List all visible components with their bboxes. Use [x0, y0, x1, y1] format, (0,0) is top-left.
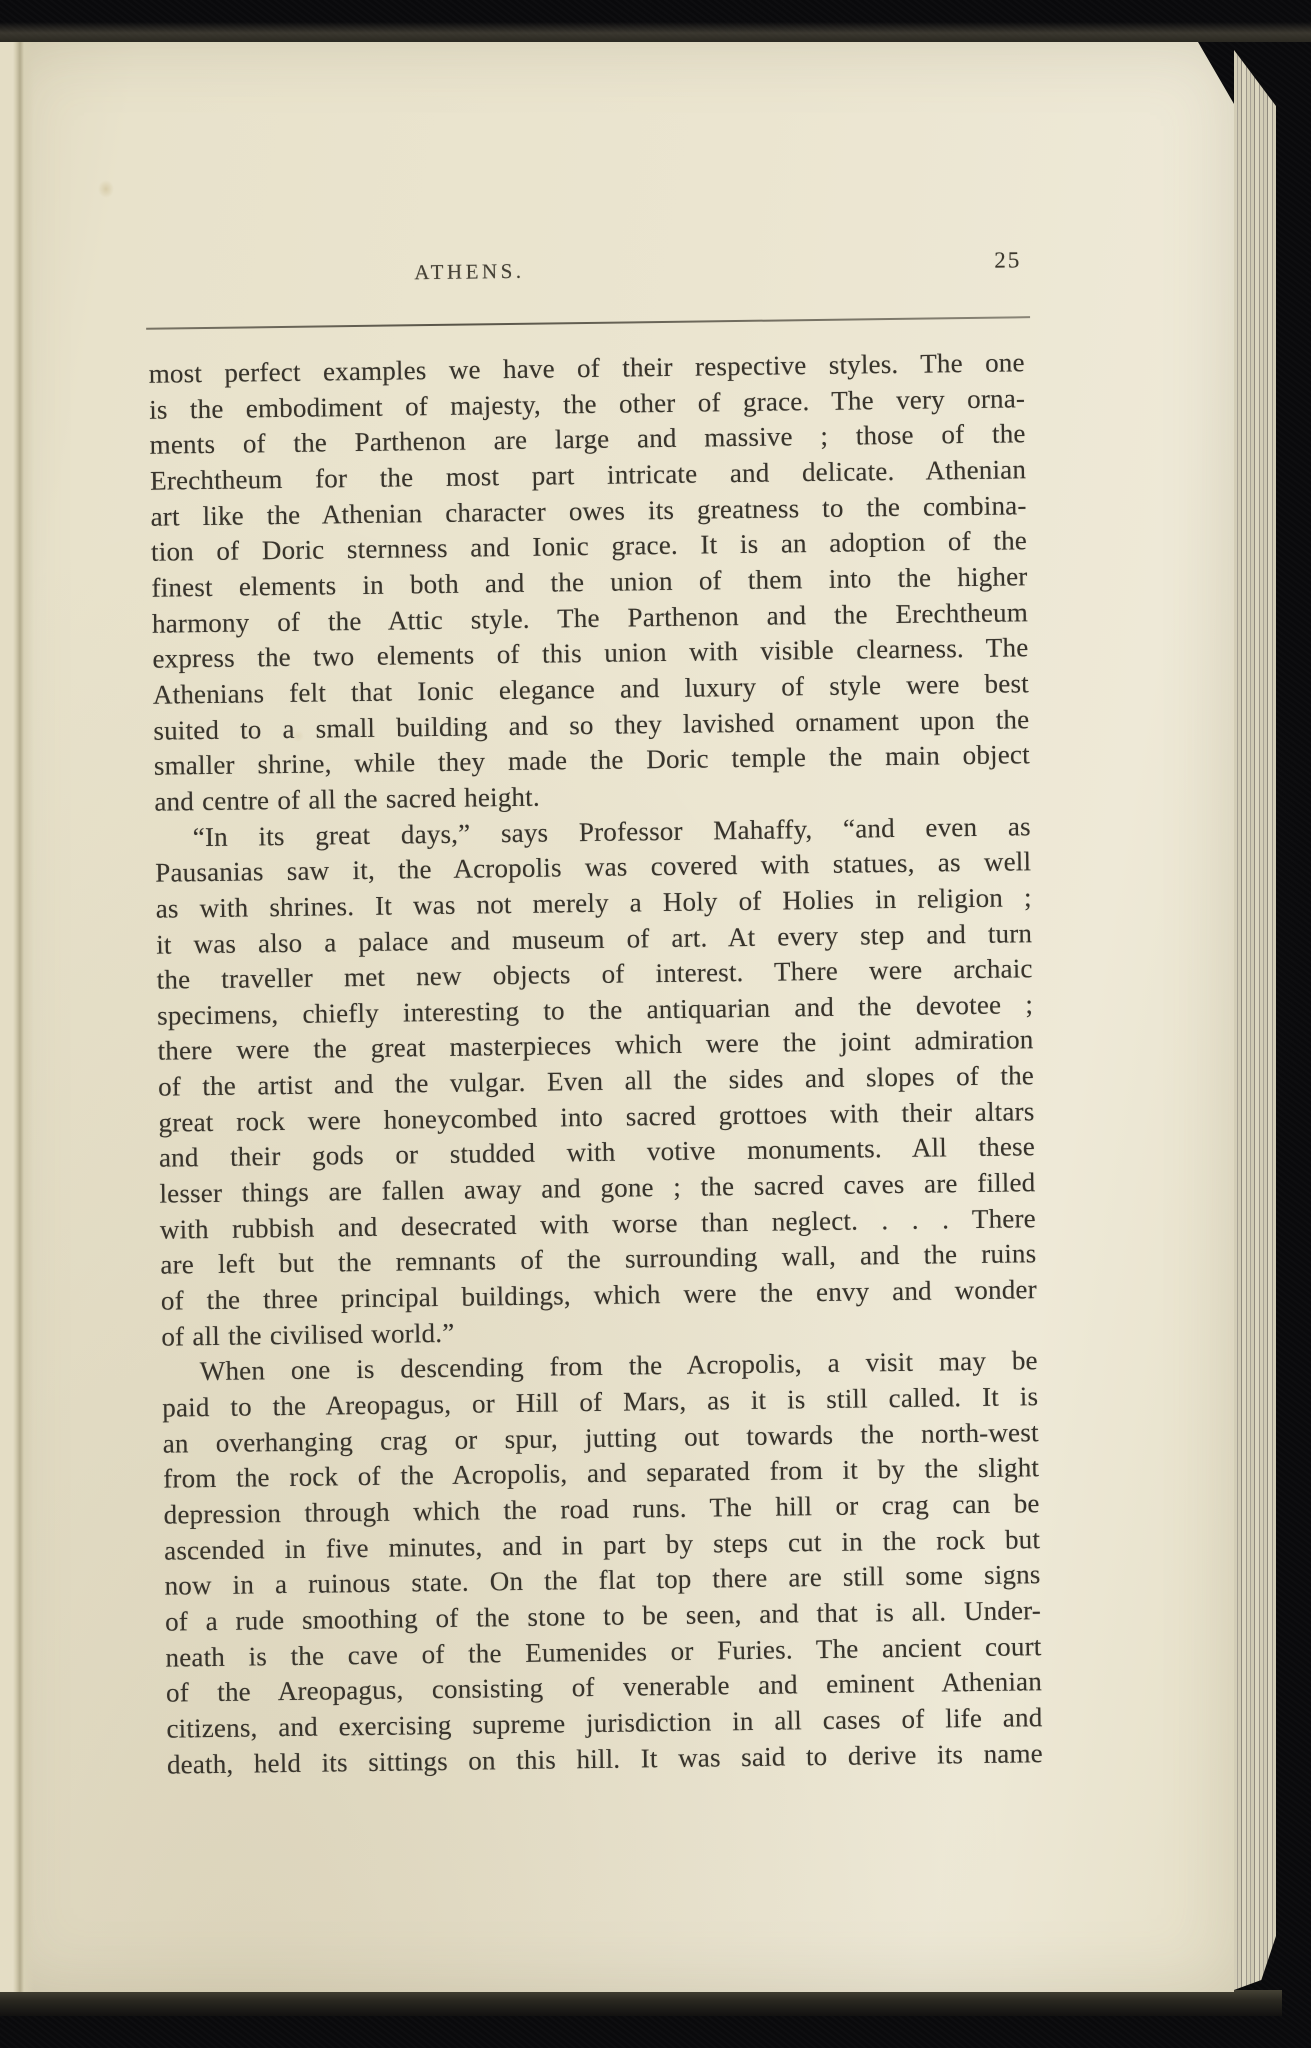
page-number: 25: [994, 247, 1021, 273]
running-head: ATHENS. 25: [147, 252, 1023, 295]
page-content: ATHENS. 25 most perfect examples we have…: [0, 34, 1247, 2000]
paragraph: most perfect examples we have of their r…: [149, 345, 1031, 820]
page-title: ATHENS.: [31, 254, 907, 290]
paragraph: When one is descending from the Acropoli…: [162, 1344, 1044, 1783]
paragraph: “In its great days,” says Professor Maha…: [155, 809, 1038, 1355]
page-body: most perfect examples we have of their r…: [149, 345, 1044, 1783]
scanned-book-photo: ATHENS. 25 most perfect examples we have…: [0, 0, 1311, 2048]
header-rule: [146, 316, 1030, 329]
